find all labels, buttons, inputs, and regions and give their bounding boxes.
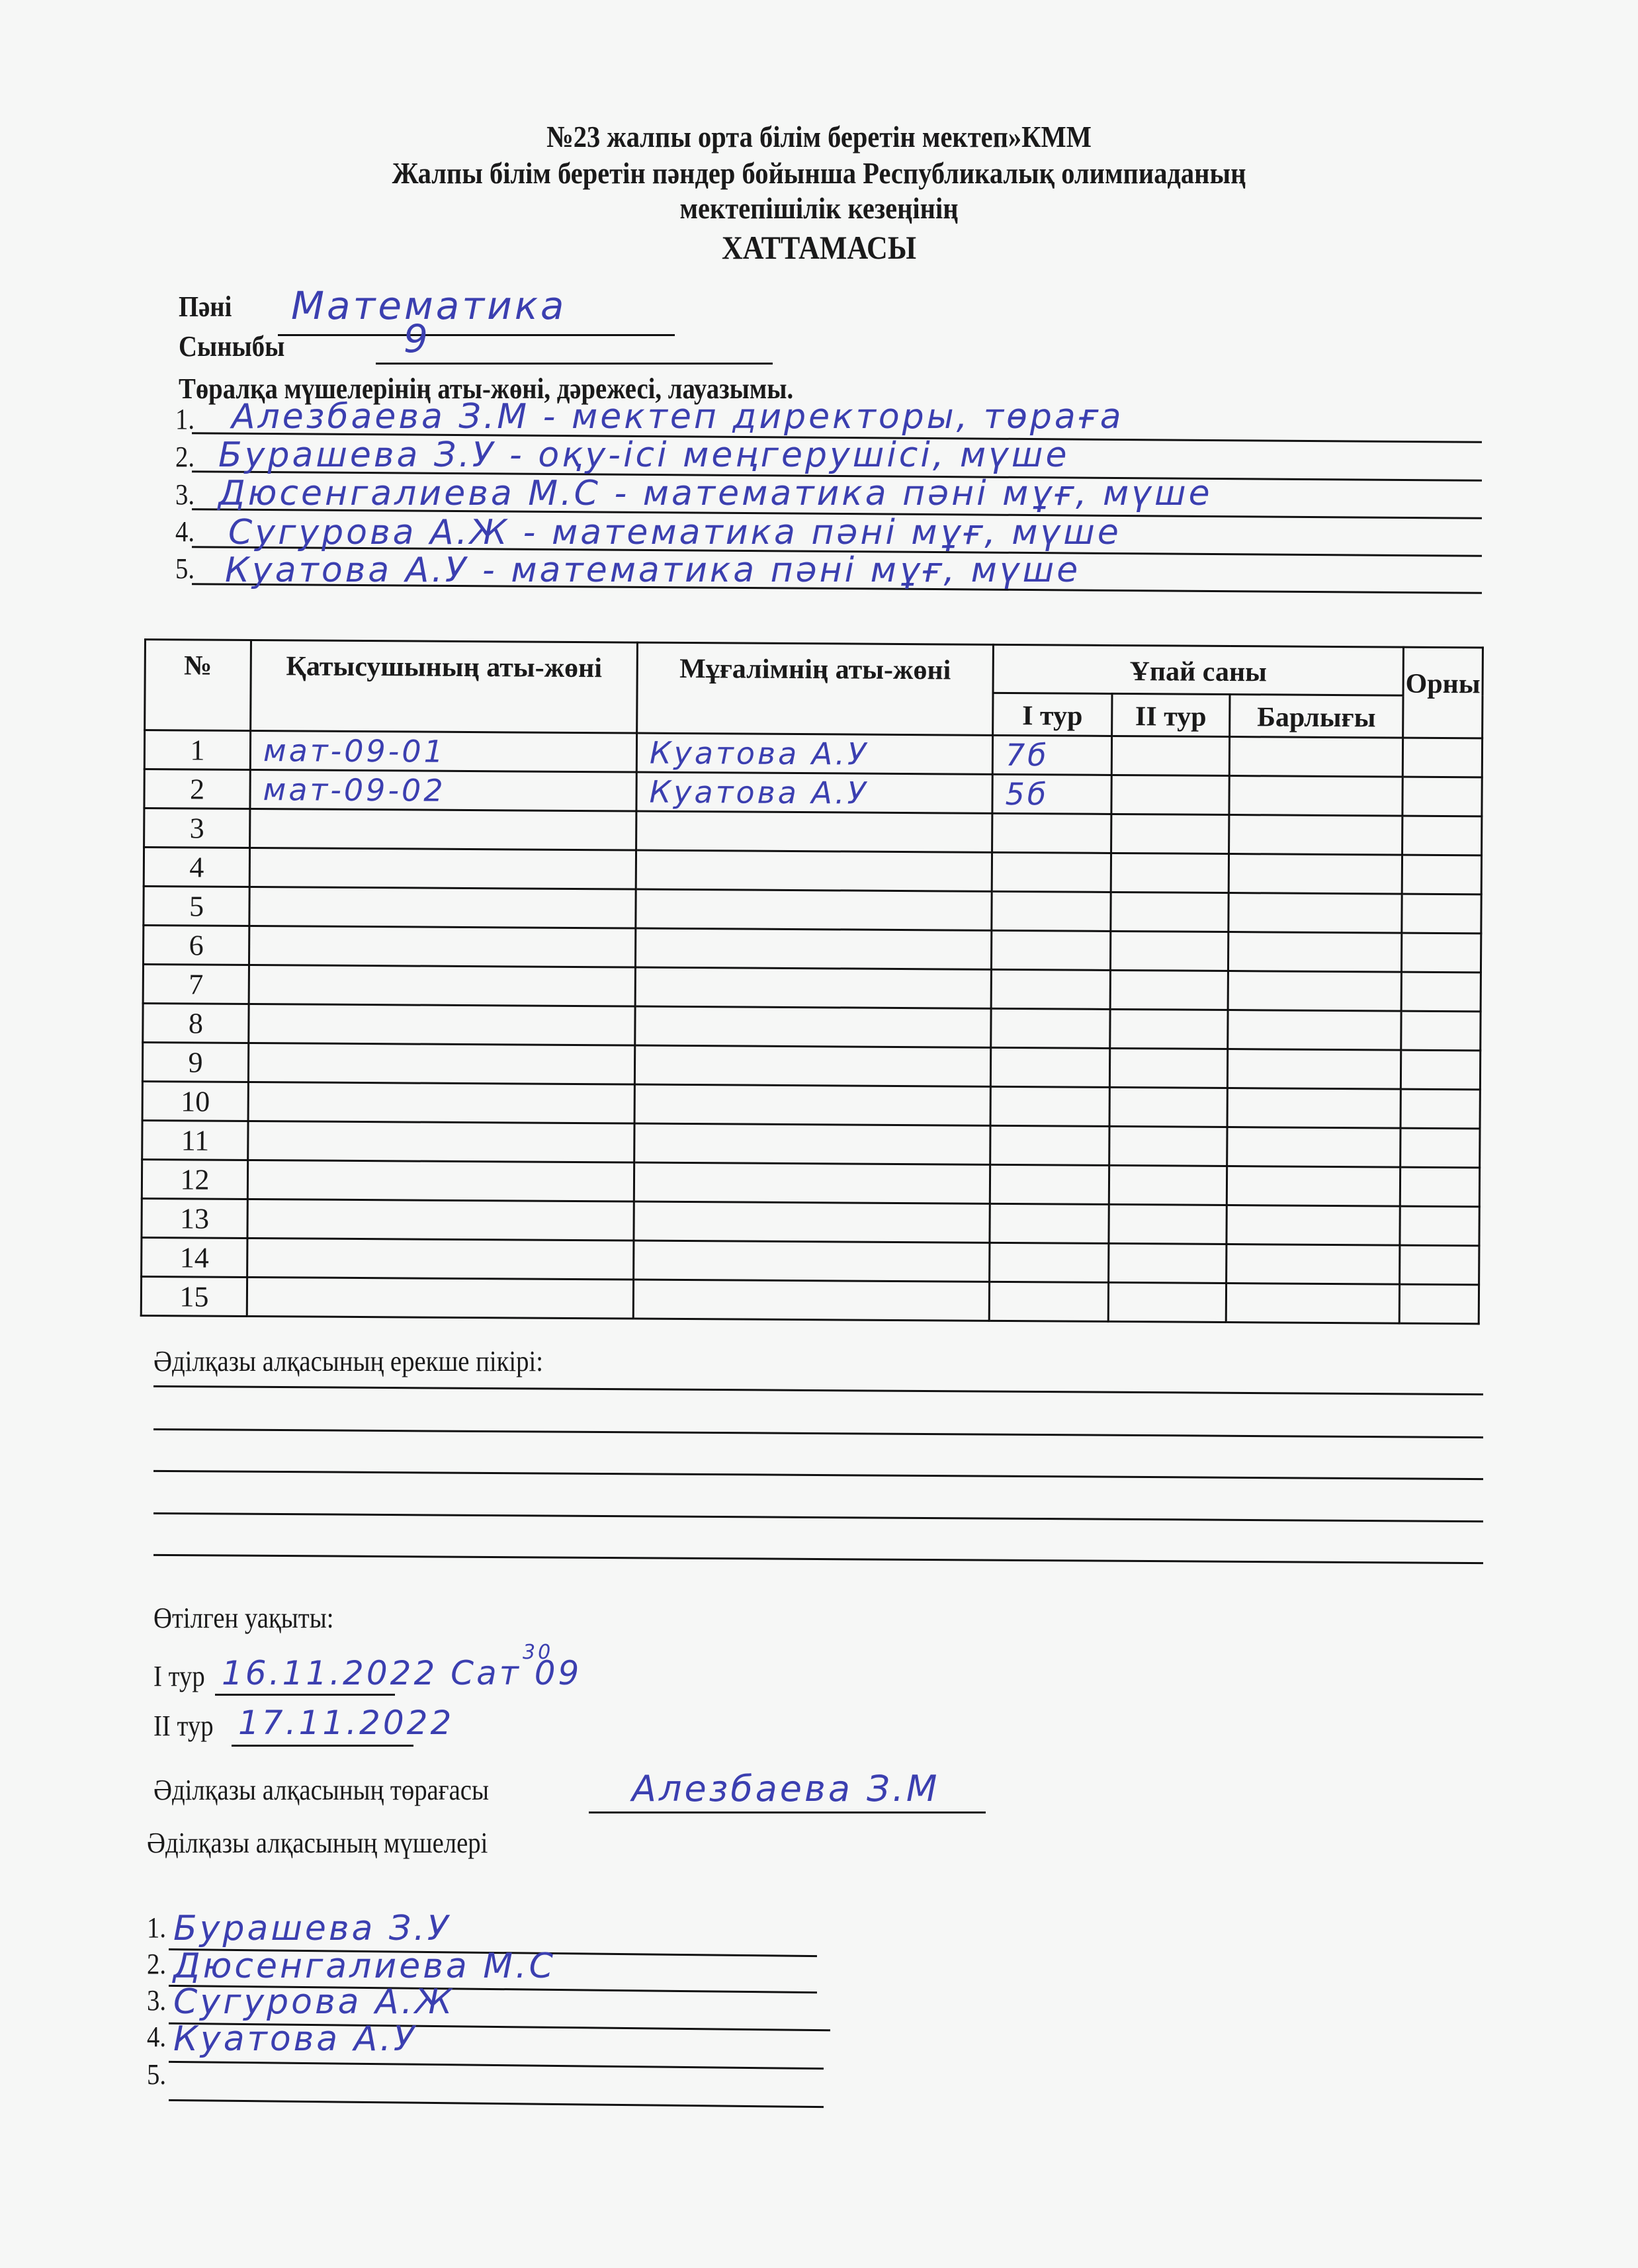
round2-score-cell[interactable]	[1109, 1204, 1227, 1244]
total-score-cell[interactable]	[1228, 1010, 1401, 1051]
round1-score-cell-value: 5б	[993, 775, 1049, 813]
round2-underline	[232, 1745, 413, 1747]
place-cell[interactable]	[1401, 1089, 1480, 1129]
round1-score-cell[interactable]	[990, 1203, 1109, 1243]
round1-score-cell[interactable]	[992, 891, 1111, 931]
row-number: 13	[142, 1198, 247, 1238]
teacher-cell[interactable]	[635, 967, 991, 1008]
col-header-teacher: Мұғалімнің аты-жөні	[637, 642, 994, 735]
total-score-cell[interactable]	[1228, 932, 1401, 973]
member-num: 2.	[147, 1947, 166, 1981]
row-number: 8	[143, 1003, 249, 1043]
teacher-cell[interactable]	[634, 1084, 990, 1125]
place-cell[interactable]	[1401, 1050, 1480, 1090]
total-score-cell[interactable]	[1228, 971, 1401, 1012]
committee-num: 4.	[175, 515, 194, 548]
row-number: 14	[142, 1237, 247, 1277]
chair-underline	[589, 1811, 986, 1813]
col-header-round2: ІІ тур	[1112, 693, 1230, 736]
round1-score-cell[interactable]	[990, 1164, 1109, 1204]
round2-score-cell[interactable]	[1111, 853, 1228, 893]
grade-underline	[376, 363, 773, 365]
chair-signature-field[interactable]: Алезбаева З.М	[632, 1768, 939, 1810]
round2-score-cell[interactable]	[1109, 1243, 1227, 1283]
member-num: 4.	[147, 2020, 166, 2054]
teacher-cell[interactable]	[633, 1280, 989, 1321]
teacher-cell[interactable]	[636, 889, 992, 930]
teacher-cell[interactable]: Куатова А.У	[636, 733, 992, 774]
row-number: 3	[144, 808, 250, 848]
place-cell[interactable]	[1401, 1011, 1481, 1051]
row-number: 12	[142, 1159, 247, 1199]
teacher-cell[interactable]: Куатова А.У	[636, 772, 992, 813]
results-table: № Қатысушының аты-жөні Мұғалімнің аты-жө…	[140, 638, 1484, 1325]
committee-member-field[interactable]: Алезбаева З.М - мектеп директоры, төраға	[232, 397, 1124, 437]
round1-score-cell[interactable]	[990, 1125, 1109, 1165]
opinion-line-field[interactable]	[153, 1512, 1483, 1522]
round2-score-cell[interactable]	[1110, 1009, 1228, 1049]
round2-score-cell[interactable]	[1110, 931, 1228, 971]
row-number: 4	[144, 848, 249, 887]
round1-label: І тур	[153, 1659, 205, 1693]
round1-score-cell[interactable]	[991, 969, 1110, 1009]
round1-score-cell[interactable]: 5б	[992, 774, 1111, 814]
round1-score-cell[interactable]	[990, 1086, 1109, 1126]
participant-cell-value: мат-09-02	[251, 771, 445, 809]
row-number: 7	[143, 965, 249, 1004]
round2-score-cell[interactable]	[1111, 814, 1229, 853]
participant-cell[interactable]	[249, 887, 636, 928]
total-score-cell[interactable]	[1229, 776, 1402, 816]
round1-score-cell[interactable]: 7б	[992, 735, 1111, 775]
place-cell[interactable]	[1401, 1128, 1480, 1168]
participant-cell[interactable]	[249, 848, 636, 889]
document-title: ХАТТАМАСЫ	[99, 228, 1540, 267]
col-header-score-group: Ұпай саны	[993, 644, 1403, 695]
row-number: 10	[142, 1081, 248, 1121]
place-cell[interactable]	[1401, 972, 1481, 1012]
teacher-cell[interactable]	[634, 1162, 990, 1203]
teacher-cell-value: Куатова А.У	[638, 734, 869, 773]
place-cell[interactable]	[1402, 894, 1481, 934]
round2-score-cell[interactable]	[1111, 892, 1228, 932]
committee-num: 1.	[175, 402, 194, 436]
participant-cell[interactable]	[249, 1004, 635, 1045]
total-score-cell[interactable]	[1227, 1088, 1401, 1129]
round2-score-cell[interactable]	[1110, 970, 1228, 1010]
place-cell[interactable]	[1401, 933, 1481, 973]
total-score-cell[interactable]	[1227, 1205, 1400, 1246]
member-signature-field[interactable]: Бурашева З.У	[173, 1909, 451, 1948]
round2-score-cell[interactable]	[1111, 775, 1229, 814]
total-score-cell[interactable]	[1227, 1166, 1400, 1207]
round2-score-cell[interactable]	[1109, 1126, 1227, 1166]
teacher-cell-value: Куатова А.У	[637, 773, 868, 812]
member-num: 3.	[147, 1984, 166, 2017]
member-line	[169, 2099, 824, 2108]
chair-label: Әділқазы алқасының төрағасы	[153, 1773, 489, 1807]
total-score-cell[interactable]	[1229, 737, 1402, 777]
member-line	[169, 2061, 824, 2070]
total-score-cell[interactable]	[1228, 893, 1402, 934]
col-header-num: №	[145, 640, 251, 731]
member-signature-field[interactable]: Дюсенгалиева М.С	[173, 1946, 556, 1986]
col-header-participant: Қатысушының аты-жөні	[251, 640, 638, 733]
participant-cell[interactable]	[248, 1121, 634, 1162]
committee-num: 2.	[175, 440, 194, 474]
place-cell[interactable]	[1402, 738, 1482, 777]
row-number: 9	[142, 1042, 248, 1082]
teacher-cell[interactable]	[634, 1123, 990, 1164]
timing-label: Өтілген уақыты:	[153, 1601, 333, 1635]
teacher-cell[interactable]	[634, 1045, 990, 1086]
participant-cell[interactable]	[248, 1082, 634, 1123]
round1-score-cell[interactable]	[990, 1047, 1109, 1087]
round2-score-cell[interactable]	[1108, 1282, 1226, 1322]
participant-cell[interactable]	[250, 808, 636, 850]
row-number: 2	[144, 769, 250, 809]
round2-score-cell[interactable]	[1111, 736, 1229, 775]
participant-cell-value: мат-09-01	[251, 732, 446, 770]
participant-cell[interactable]	[249, 965, 635, 1006]
total-score-cell[interactable]	[1229, 815, 1402, 855]
table-row: 15	[141, 1276, 1479, 1323]
place-cell[interactable]	[1400, 1167, 1479, 1207]
round1-score-cell[interactable]	[992, 852, 1111, 892]
col-header-total: Барлығы	[1230, 695, 1403, 738]
place-cell[interactable]	[1402, 855, 1481, 894]
subject-label: Пәні	[179, 290, 232, 324]
place-cell[interactable]	[1399, 1284, 1479, 1324]
grade-field[interactable]: 9	[404, 316, 431, 361]
row-number: 6	[143, 926, 249, 965]
committee-num: 3.	[175, 478, 194, 511]
total-score-cell[interactable]	[1226, 1284, 1399, 1324]
participant-cell[interactable]	[248, 1043, 634, 1084]
round2-score-cell[interactable]	[1109, 1048, 1227, 1088]
grade-label: Сыныбы	[179, 329, 284, 363]
col-header-round1: І тур	[993, 693, 1112, 736]
total-score-cell[interactable]	[1228, 854, 1402, 894]
committee-member-field[interactable]: Сугурова А.Ж - математика пәні мұғ, мүше	[228, 513, 1121, 552]
place-cell[interactable]	[1402, 777, 1482, 816]
round2-date-field[interactable]: 17.11.2022	[238, 1704, 454, 1742]
col-header-place: Орны	[1403, 647, 1483, 738]
opinion-label: Әділқазы алқасының ерекше пікірі:	[153, 1344, 543, 1378]
opinion-line-field[interactable]	[153, 1428, 1483, 1438]
teacher-cell[interactable]	[636, 850, 992, 891]
round1-underline	[215, 1694, 395, 1696]
round2-score-cell[interactable]	[1109, 1087, 1227, 1127]
committee-member-field[interactable]: Бурашева З.У - оқу-ісі меңгерушісі, мүше	[218, 435, 1069, 475]
place-cell[interactable]	[1400, 1245, 1479, 1285]
member-num: 1.	[147, 1911, 166, 1944]
round2-label: ІІ тур	[153, 1709, 214, 1743]
subject-underline	[278, 334, 675, 336]
teacher-cell[interactable]	[635, 1006, 991, 1047]
row-number: 11	[142, 1120, 248, 1160]
member-signature-field[interactable]: Сугурова А.Ж	[173, 1982, 454, 2022]
member-num: 5.	[147, 2058, 166, 2091]
opinion-line-field[interactable]	[153, 1554, 1483, 1564]
opinion-line-field[interactable]	[153, 1385, 1483, 1395]
members-label: Әділқазы алқасының мүшелері	[147, 1826, 488, 1860]
committee-num: 5.	[175, 552, 194, 586]
participant-cell[interactable]	[247, 1199, 634, 1241]
round1-score-cell[interactable]	[989, 1282, 1108, 1321]
teacher-cell[interactable]	[635, 928, 991, 969]
round2-score-cell[interactable]	[1109, 1165, 1227, 1205]
round1-score-cell[interactable]	[992, 813, 1111, 853]
participant-cell[interactable]	[247, 1238, 634, 1280]
total-score-cell[interactable]	[1227, 1244, 1400, 1285]
participant-cell[interactable]: мат-09-01	[250, 730, 636, 772]
row-number: 15	[141, 1276, 247, 1316]
teacher-cell[interactable]	[634, 1241, 990, 1282]
place-cell[interactable]	[1402, 816, 1482, 855]
opinion-line-field[interactable]	[153, 1470, 1483, 1480]
committee-member-field[interactable]: Куатова А.У - математика пәні мұғ, мүше	[225, 550, 1080, 590]
round1-score-cell[interactable]	[990, 1243, 1109, 1282]
teacher-cell[interactable]	[634, 1201, 990, 1243]
row-number: 5	[144, 887, 249, 926]
school-title: №23 жалпы орта білім беретін мектеп»КММ	[99, 119, 1540, 154]
stage-title: мектепішілік кезеңінің	[99, 191, 1540, 226]
participant-cell[interactable]	[249, 926, 635, 967]
total-score-cell[interactable]	[1227, 1127, 1401, 1168]
committee-member-field[interactable]: Дюсенгалиева М.С - математика пәні мұғ, …	[218, 474, 1213, 513]
participant-cell[interactable]	[247, 1160, 634, 1201]
row-number: 1	[144, 730, 250, 770]
olympiad-title: Жалпы білім беретін пәндер бойынша Респу…	[99, 155, 1540, 191]
place-cell[interactable]	[1400, 1206, 1479, 1246]
participant-cell[interactable]: мат-09-02	[250, 769, 636, 811]
teacher-cell[interactable]	[636, 811, 992, 852]
round1-score-cell[interactable]	[991, 1008, 1110, 1048]
round1-minutes: 30	[523, 1641, 553, 1664]
total-score-cell[interactable]	[1227, 1049, 1401, 1090]
participant-cell[interactable]	[247, 1277, 633, 1319]
round1-score-cell-value: 7б	[994, 736, 1049, 774]
member-signature-field[interactable]: Куатова А.У	[173, 2019, 417, 2059]
round1-score-cell[interactable]	[991, 930, 1110, 970]
